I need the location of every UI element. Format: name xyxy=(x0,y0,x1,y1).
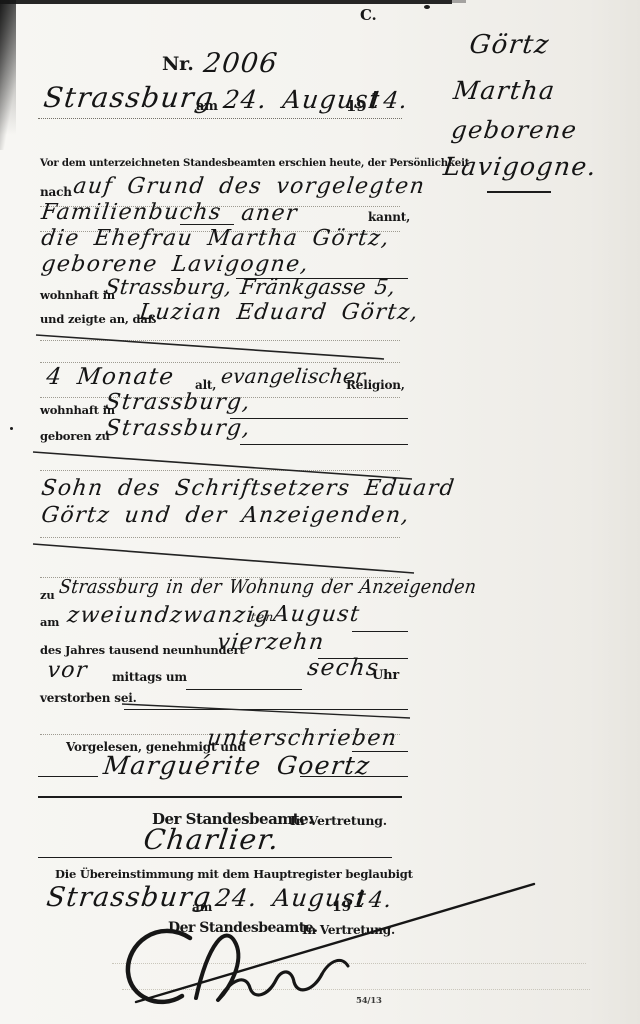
hw-geburtsort: Strassburg, xyxy=(104,418,252,440)
hw-familienbuch: Familienbuchs xyxy=(40,202,223,224)
header-am-label: am xyxy=(196,100,218,113)
fill-line xyxy=(38,857,392,858)
fill-line xyxy=(240,444,408,445)
hw-kind: Luzian Eduard Görtz, xyxy=(138,302,420,324)
hw-aner: aner xyxy=(240,203,299,225)
strikethrough-line xyxy=(122,704,410,718)
mittags-label: mittags um xyxy=(112,671,187,683)
strikethrough-line xyxy=(33,544,414,573)
hw-alter: 4 Monate xyxy=(45,366,176,389)
kannt-label: kannt, xyxy=(368,211,410,223)
hw-ehefrau: die Ehefrau Martha Görtz, xyxy=(40,228,391,250)
margin-underline xyxy=(487,191,551,193)
certification-year-written: 14. xyxy=(352,890,394,912)
hw-zeit-prefix: vor xyxy=(46,660,89,682)
nach-label: nach xyxy=(40,186,72,198)
fill-line xyxy=(352,631,408,632)
scan-edge-left xyxy=(0,0,16,150)
margin-first-name: Martha xyxy=(452,78,557,103)
declaration-intro: Vor dem unterzeichneten Standesbeamten e… xyxy=(40,158,469,169)
declarant-signature: Marguérite Goertz xyxy=(102,753,372,778)
verstorben-label: verstorben sei. xyxy=(40,692,137,704)
margin-surname: Görtz xyxy=(468,32,551,58)
rule-line xyxy=(122,989,590,990)
rule-line xyxy=(40,340,400,341)
zu-label: zu xyxy=(40,590,55,602)
form-code: 54/13 xyxy=(356,997,382,1006)
hw-unterschrieben: unterschrieben xyxy=(206,728,399,750)
fill-line xyxy=(124,709,408,710)
hw-wohnort-2: Strassburg, xyxy=(104,392,252,414)
fill-line xyxy=(300,776,408,777)
certification-am-label: am xyxy=(192,901,212,913)
fill-line xyxy=(230,418,408,419)
uhr-label: Uhr xyxy=(372,669,399,682)
rule-line xyxy=(40,537,400,538)
registrar-deputy: In Vertretung. xyxy=(290,815,387,828)
scan-speck xyxy=(424,5,430,9)
certification-year-printed: 19 xyxy=(332,900,351,914)
hw-stunde: sechs xyxy=(306,657,381,680)
certification-place: Strassburg xyxy=(45,884,213,911)
hw-tag: zweiundzwanzig xyxy=(66,605,272,627)
hw-jahr: vierzehn xyxy=(216,632,326,654)
fill-line xyxy=(38,776,98,777)
jahr-label: des Jahres tausend neunhundert xyxy=(40,645,244,657)
certification-title: Der Standesbeamte. xyxy=(168,921,318,935)
hw-grund: auf Grund des vorgelegten xyxy=(72,176,426,198)
registrar-signature: Charlier. xyxy=(142,826,281,854)
scan-speck xyxy=(10,427,13,430)
scan-edge-top-fade xyxy=(452,0,466,3)
certification-deputy: In Vertretung. xyxy=(302,924,395,936)
certification-text: Die Übereinstimmung mit dem Hauptregiste… xyxy=(55,869,413,881)
hw-religion: evangelischer xyxy=(220,366,366,386)
strikethrough-line xyxy=(33,452,412,479)
header-year-printed: 19 xyxy=(346,99,366,114)
hw-wohnort: Strassburg, Fränkgasse 5, xyxy=(104,277,396,298)
hw-parents-line2: Görtz und der Anzeigenden, xyxy=(40,505,411,527)
section-divider-line xyxy=(38,796,402,798)
fill-line xyxy=(186,689,302,690)
corner-mark: C. xyxy=(360,8,377,23)
header-place: Strassburg xyxy=(42,84,216,112)
hw-geborene: geborene Lavigogne, xyxy=(40,254,310,276)
fill-line xyxy=(180,224,234,225)
nr-label: Nr. xyxy=(162,55,194,74)
rule-line xyxy=(40,362,400,363)
header-year-written: 14. xyxy=(366,90,410,113)
hw-todesort: Strassburg in der Wohnung der Anzeigende… xyxy=(58,578,477,597)
scan-edge-top xyxy=(0,0,452,4)
hw-monat: August xyxy=(272,604,362,626)
rule-line xyxy=(40,470,400,471)
rule-line xyxy=(38,118,402,119)
am-label-2: am xyxy=(40,617,59,629)
strikethrough-line xyxy=(36,335,384,359)
margin-nee-label: geborene xyxy=(450,118,579,142)
religion-label: Religion, xyxy=(346,379,405,391)
death-certificate-page: C. Nr. 2006 Strassburg am 24. August 19 … xyxy=(0,0,640,1024)
nr-value: 2006 xyxy=(202,50,280,77)
hw-parents-line1: Sohn des Schriftsetzers Eduard xyxy=(40,478,456,500)
rule-line xyxy=(112,963,586,964)
geboren-label: geboren zu xyxy=(40,431,110,443)
